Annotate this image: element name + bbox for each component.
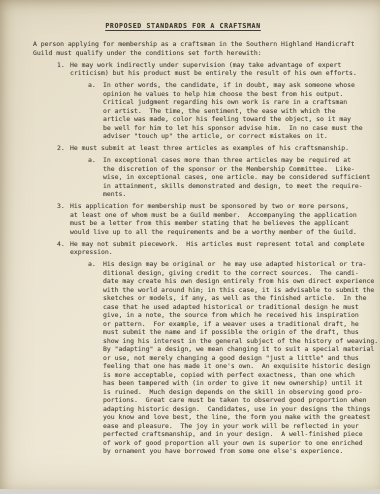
item-text: He may not submit piecework. His article… [70, 240, 365, 257]
item-number: 2. [57, 144, 70, 153]
item-text: He may work indirectly under supervision… [70, 61, 357, 78]
sub-item-letter: a. [88, 260, 103, 456]
sub-item-text: His design may be original or he may use… [103, 260, 378, 456]
numbered-item-1: 1. He may work indirectly under supervis… [57, 61, 380, 78]
sub-item-4a: a. His design may be original or he may … [88, 260, 380, 456]
sub-item-2a: a. In exceptional cases more than three … [88, 156, 380, 199]
numbered-item-2: 2. He must submit at least three article… [57, 144, 380, 153]
sub-item-letter: a. [88, 156, 103, 199]
item-number: 1. [57, 61, 70, 78]
item-text: He must submit at least three articles a… [70, 144, 349, 153]
numbered-item-3: 3. His application for membership must b… [57, 202, 380, 236]
intro-text: A person applying for membership as a cr… [33, 40, 355, 57]
document-body: A person applying for membership as a cr… [33, 40, 380, 456]
sub-item-text: In other words, the candidate, if in dou… [103, 81, 363, 141]
sub-item-letter: a. [88, 81, 103, 141]
numbered-item-4: 4. He may not submit piecework. His arti… [57, 240, 380, 257]
document-title: PROPOSED STANDARDS FOR A CRAFTSMAN [0, 22, 366, 30]
document-page: PROPOSED STANDARDS FOR A CRAFTSMAN A per… [0, 0, 380, 489]
item-number: 4. [57, 240, 70, 257]
intro-paragraph: A person applying for membership as a cr… [33, 40, 380, 57]
item-text: His application for membership must be s… [70, 202, 357, 236]
sub-item-1a: a. In other words, the candidate, if in … [88, 81, 380, 141]
item-number: 3. [57, 202, 70, 236]
sub-item-text: In exceptional cases more than three art… [103, 156, 370, 199]
